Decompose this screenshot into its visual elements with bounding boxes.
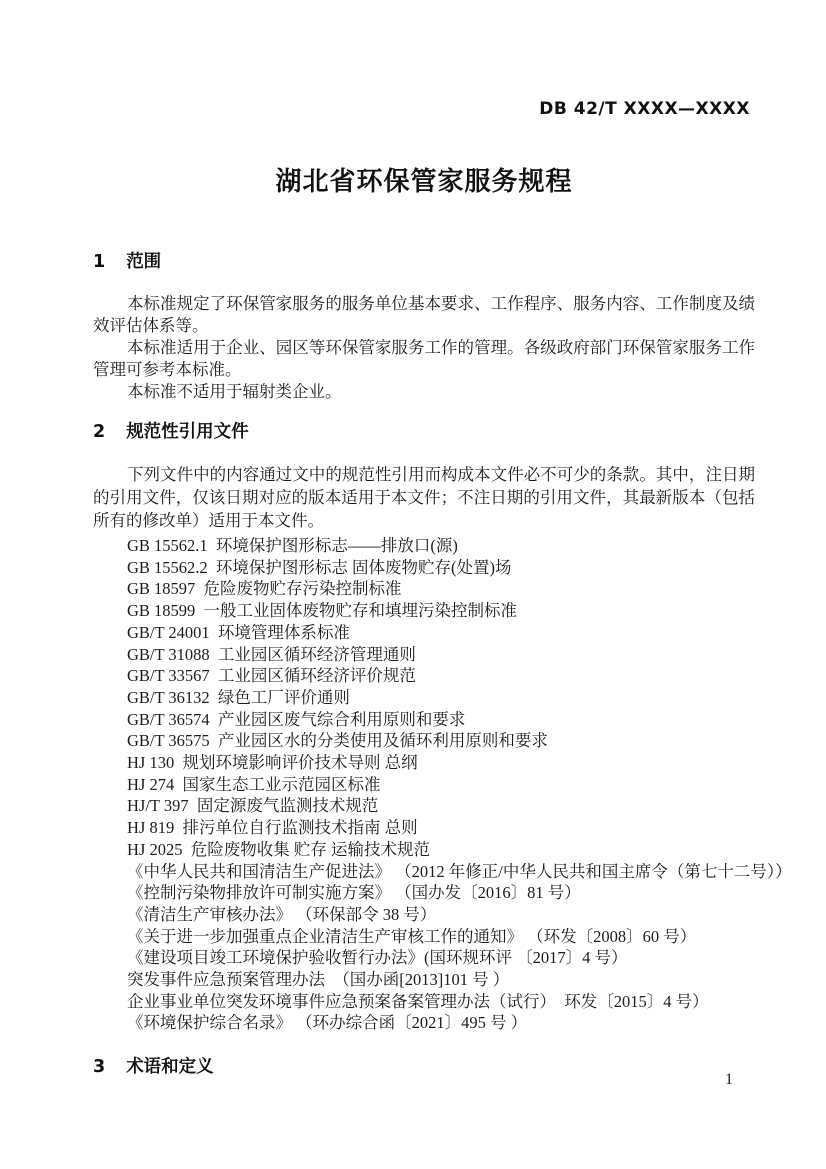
section-normative-references: 2 规范性引用文件 下列文件中的内容通过文中的规范性引用而构成本文件必不可少的条… bbox=[93, 421, 755, 1034]
section-title: 规范性引用文件 bbox=[126, 421, 249, 443]
reference-item: 企业事业单位突发环境事件应急预案备案管理办法（试行） 环发〔2015〕4 号） bbox=[93, 991, 755, 1013]
reference-list: GB 15562.1 环境保护图形标志——排放口(源) GB 15562.2 环… bbox=[93, 535, 755, 1034]
reference-item: 《控制污染物排放许可制实施方案》 （国办发〔2016〕81 号） bbox=[93, 882, 755, 904]
document-title: 湖北省环保管家服务规程 bbox=[93, 161, 755, 198]
section-terms: 3 术语和定义 bbox=[93, 1056, 755, 1078]
reference-item: GB/T 33567 工业园区循环经济评价规范 bbox=[93, 665, 755, 687]
reference-item: GB/T 31088 工业园区循环经济管理通则 bbox=[93, 644, 755, 666]
scope-paragraph-3: 本标准不适用于辐射类企业。 bbox=[93, 381, 755, 403]
reference-item: GB 15562.1 环境保护图形标志——排放口(源) bbox=[93, 535, 755, 557]
reference-item: GB/T 36574 产业园区废气综合利用原则和要求 bbox=[93, 709, 755, 731]
scope-paragraph-1: 本标准规定了环保管家服务的服务单位基本要求、工作程序、服务内容、工作制度及绩效评… bbox=[93, 293, 755, 337]
document-content: 1 范围 本标准规定了环保管家服务的服务单位基本要求、工作程序、服务内容、工作制… bbox=[93, 251, 755, 1078]
reference-item: HJ 130 规划环境影响评价技术导则 总纲 bbox=[93, 752, 755, 774]
reference-item: 《环境保护综合名录》 （环办综合函〔2021〕495 号 ） bbox=[93, 1012, 755, 1034]
section-1-heading: 1 范围 bbox=[93, 251, 755, 273]
reference-item: GB 18599 一般工业固体废物贮存和填埋污染控制标准 bbox=[93, 600, 755, 622]
document-page: DB 42/T XXXX—XXXX 湖北省环保管家服务规程 1 范围 本标准规定… bbox=[0, 0, 826, 1169]
reference-item: HJ 274 国家生态工业示范园区标准 bbox=[93, 774, 755, 796]
section-3-heading: 3 术语和定义 bbox=[93, 1056, 755, 1078]
section-number: 3 bbox=[93, 1056, 105, 1078]
reference-item: 《建设项目竣工环境保护验收暂行办法》(国环规环评 〔2017〕4 号） bbox=[93, 947, 755, 969]
reference-item: HJ 2025 危险废物收集 贮存 运输技术规范 bbox=[93, 839, 755, 861]
reference-item: 《清洁生产审核办法》 （环保部令 38 号） bbox=[93, 904, 755, 926]
reference-item: 《关于进一步加强重点企业清洁生产审核工作的通知》 （环发〔2008〕60 号） bbox=[93, 926, 755, 948]
section-scope: 1 范围 本标准规定了环保管家服务的服务单位基本要求、工作程序、服务内容、工作制… bbox=[93, 251, 755, 403]
reference-item: GB/T 36575 产业园区水的分类使用及循环利用原则和要求 bbox=[93, 730, 755, 752]
reference-item: GB 15562.2 环境保护图形标志 固体废物贮存(处置)场 bbox=[93, 557, 755, 579]
reference-item: 突发事件应急预案管理办法 （国办函[2013]101 号 ） bbox=[93, 969, 755, 991]
reference-item: GB/T 24001 环境管理体系标准 bbox=[93, 622, 755, 644]
reference-item: GB/T 36132 绿色工厂评价通则 bbox=[93, 687, 755, 709]
reference-item: HJ/T 397 固定源废气监测技术规范 bbox=[93, 795, 755, 817]
reference-item: HJ 819 排污单位自行监测技术指南 总则 bbox=[93, 817, 755, 839]
section-2-heading: 2 规范性引用文件 bbox=[93, 421, 755, 443]
references-intro-paragraph: 下列文件中的内容通过文中的规范性引用而构成本文件必不可少的条款。其中，注日期的引… bbox=[93, 463, 755, 532]
section-number: 2 bbox=[93, 421, 105, 443]
reference-item: 《中华人民共和国清洁生产促进法》 （2012 年修正/中华人民共和国主席令（第七… bbox=[93, 861, 755, 883]
section-title: 术语和定义 bbox=[126, 1056, 214, 1078]
reference-item: GB 18597 危险废物贮存污染控制标准 bbox=[93, 578, 755, 600]
section-number: 1 bbox=[93, 251, 105, 273]
scope-paragraph-2: 本标准适用于企业、园区等环保管家服务工作的管理。各级政府部门环保管家服务工作管理… bbox=[93, 337, 755, 381]
section-title: 范围 bbox=[126, 251, 161, 273]
standard-code: DB 42/T XXXX—XXXX bbox=[539, 99, 750, 119]
page-number: 1 bbox=[725, 1071, 733, 1089]
